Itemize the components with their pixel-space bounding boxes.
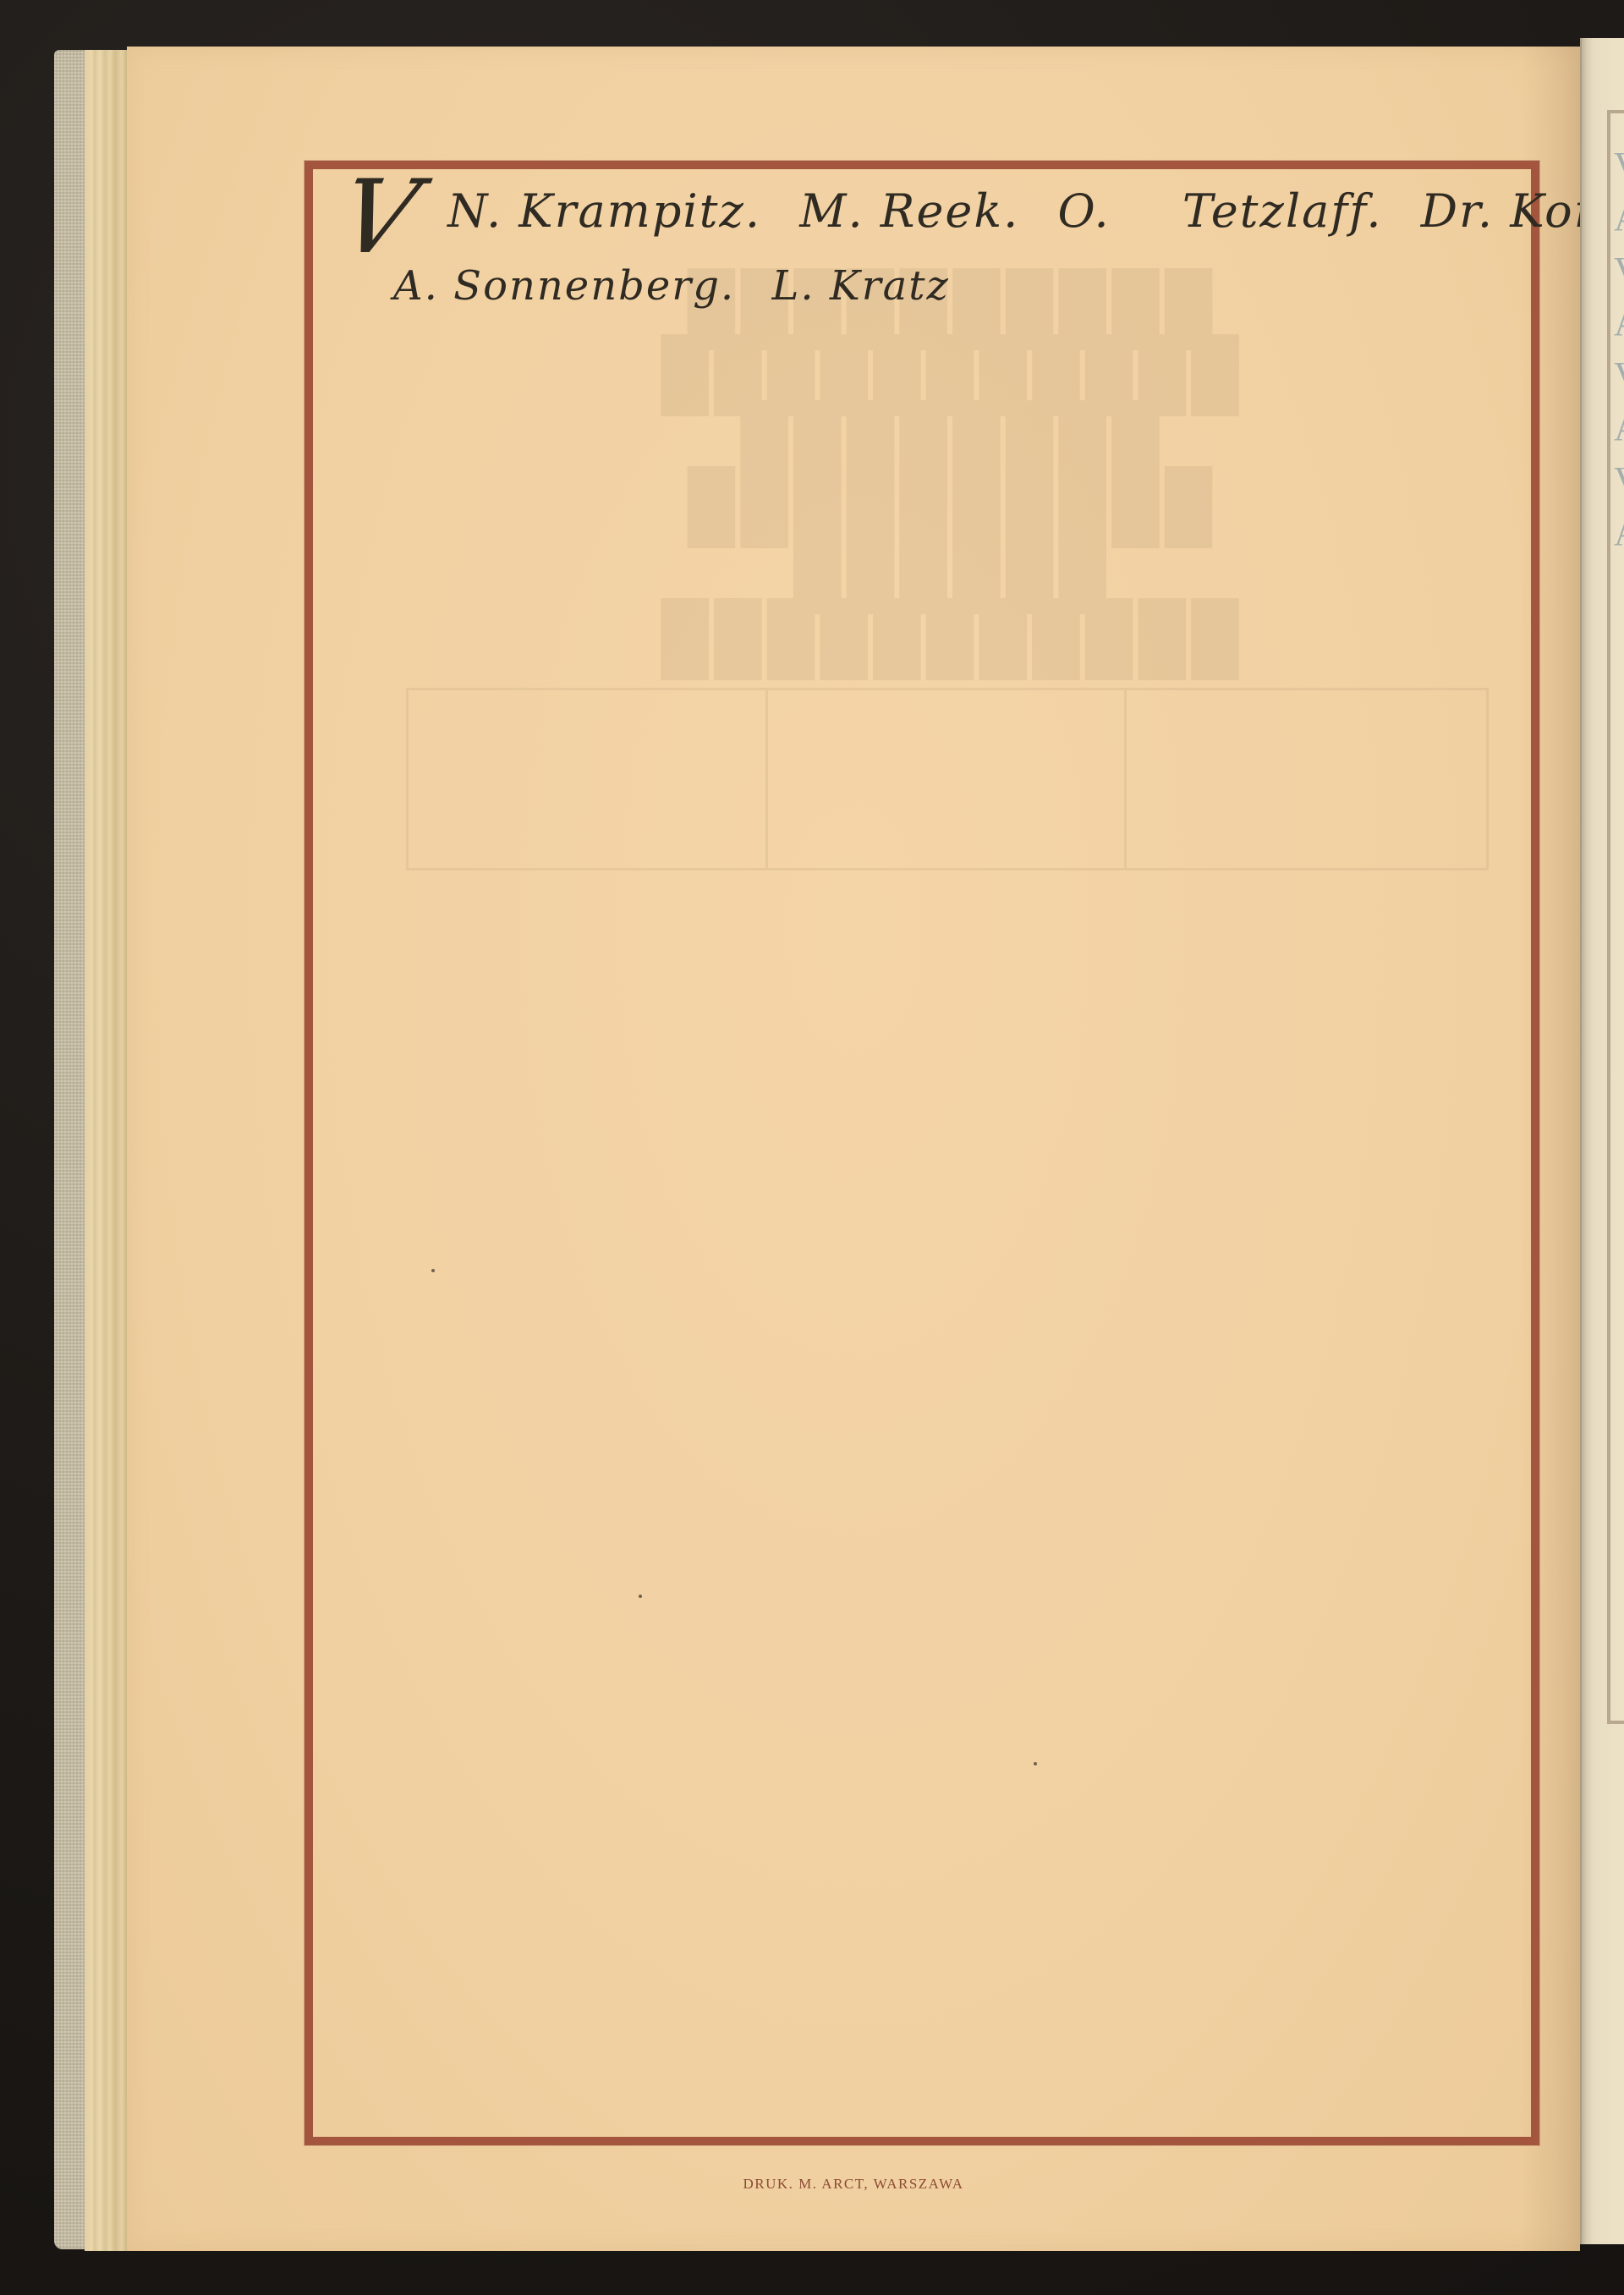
cloth-spine (54, 50, 88, 2249)
handwritten-name: A. Sonnenberg. (393, 262, 735, 310)
handwritten-name: N. Krampitz. (447, 184, 761, 238)
page-edges (85, 50, 129, 2251)
handwritten-names-line-1: V N. Krampitz. M. Reek. O. Tetzlaff. Dr.… (355, 184, 1624, 238)
paper-speck (431, 1269, 435, 1272)
book: ██████████ ███████████ ████████ ████████… (54, 47, 1585, 2256)
handwritten-name: O. (1057, 184, 1110, 238)
adjacent-page-lettering: VAVAVAVA (1614, 140, 1624, 559)
handwritten-name: Tetzlaff. (1182, 184, 1383, 238)
page-border-frame: V N. Krampitz. M. Reek. O. Tetzlaff. Dr.… (304, 161, 1539, 2145)
printer-imprint: DRUK. M. ARCT, WARSZAWA (127, 2176, 1580, 2193)
handwritten-name: M. Reek. (799, 184, 1019, 238)
handwritten-names-line-2: A. Sonnenberg. L. Kratz (393, 262, 972, 310)
book-page: ██████████ ███████████ ████████ ████████… (127, 47, 1580, 2251)
handwritten-name: L. Kratz (771, 262, 949, 310)
handwritten-check-mark: V (330, 159, 430, 277)
paper-speck (1034, 1762, 1037, 1765)
adjacent-page-edge: VAVAVAVA (1580, 38, 1624, 2244)
paper-speck (639, 1595, 642, 1598)
